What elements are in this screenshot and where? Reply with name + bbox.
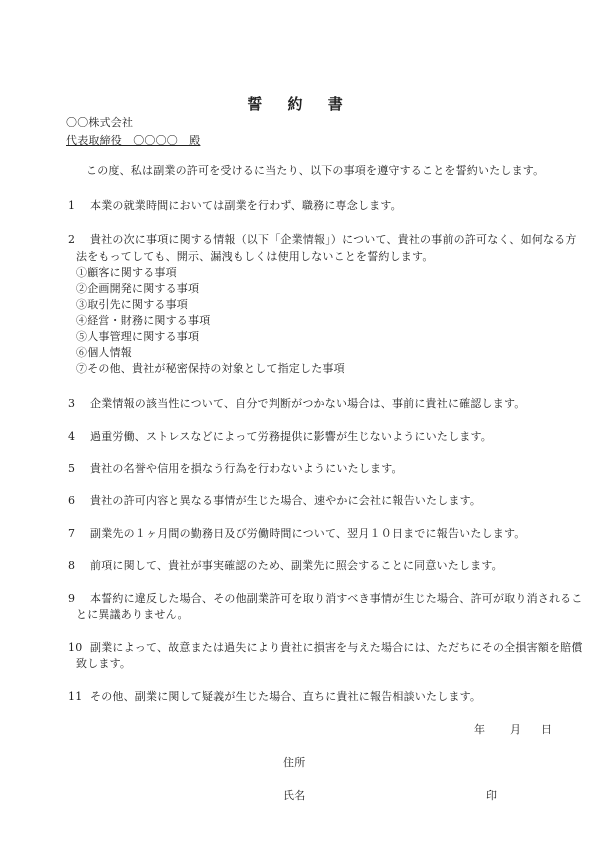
clause-number: 6 [68,494,90,508]
subitem-2: ②企画開発に関する事項 [76,282,199,296]
date-month-label: 月 [510,723,521,737]
clause-10-continuation: 致します。 [76,657,131,671]
clause-text: 貴社の名誉や信用を損なう行為を行わないようにいたします。 [90,462,403,475]
clause-2: 2貴社の次に事項に関する情報（以下「企業情報」）について、貴社の事前の許可なく、… [68,233,577,247]
clause-2-continuation: 法をもってしても、開示、漏洩もしくは使用しないことを誓約します。 [76,250,434,264]
clause-11: 11その他、副業に関して疑義が生じた場合、直ちに貴社に報告相談いたします。 [68,690,481,704]
seal-mark: 印 [486,789,497,803]
subitem-6: ⑥個人情報 [76,346,132,360]
subitem-7: ⑦その他、貴社が秘密保持の対象として指定した事項 [76,362,345,376]
clause-text: 本誓約に違反した場合、その他副業許可を取り消すべき事情が生じた場合、許可が取り消… [90,592,583,605]
clause-10: 10副業によって、故意または過失により貴社に損害を与えた場合には、ただちにその全… [68,641,583,655]
clause-text: 貴社の許可内容と異なる事情が生じた場合、速やかに会社に報告いたします。 [90,494,481,507]
clause-text: 副業先の１ヶ月間の勤務日及び労働時間について、翌月１０日までに報告いたします。 [90,527,525,540]
clause-9-continuation: とに異議ありません。 [76,608,189,622]
clause-text: その他、副業に関して疑義が生じた場合、直ちに貴社に報告相談いたします。 [90,690,481,703]
subitem-1: ①顧客に関する事項 [76,266,177,280]
clause-4: 4過重労働、ストレスなどによって労務提供に影響が生じないようにいたします。 [68,430,492,444]
clause-text: 前項に関して、貴社が事実確認のため、副業先に照会することに同意いたします。 [90,559,503,572]
clause-number: 3 [68,397,90,411]
clause-number: 10 [68,641,90,655]
clause-6: 6貴社の許可内容と異なる事情が生じた場合、速やかに会社に報告いたします。 [68,494,481,508]
clause-number: 7 [68,527,90,541]
clause-3: 3企業情報の該当性について、自分で判断がつかない場合は、事前に貴社に確認します。 [68,397,525,411]
addressee-representative: 代表取締役 〇〇〇〇 殿 [66,134,200,148]
clause-text: 本業の就業時間においては副業を行わず、職務に専念します。 [90,199,402,212]
date-year-label: 年 [474,723,485,737]
intro-text: この度、私は副業の許可を受けるに当たり、以下の事項を遵守することを誓約いたします… [86,164,544,178]
clause-number: 5 [68,462,90,476]
subitem-4: ④経営・財務に関する事項 [76,314,210,328]
clause-5: 5貴社の名誉や信用を損なう行為を行わないようにいたします。 [68,462,403,476]
clause-9: 9本誓約に違反した場合、その他副業許可を取り消すべき事情が生じた場合、許可が取り… [68,592,583,606]
clause-8: 8前項に関して、貴社が事実確認のため、副業先に照会することに同意いたします。 [68,559,503,573]
document-title: 誓 約 書 [0,93,600,114]
date-day-label: 日 [541,723,552,737]
clause-7: 7副業先の１ヶ月間の勤務日及び労働時間について、翌月１０日までに報告いたします。 [68,527,525,541]
address-label: 住所 [283,756,305,770]
addressee-company: 〇〇株式会社 [66,116,133,130]
clause-1: 1本業の就業時間においては副業を行わず、職務に専念します。 [68,199,402,213]
clause-text: 貴社の次に事項に関する情報（以下「企業情報」）について、貴社の事前の許可なく、如… [90,233,577,246]
document-page: 誓 約 書 〇〇株式会社 代表取締役 〇〇〇〇 殿 この度、私は副業の許可を受け… [0,0,600,849]
clause-text: 企業情報の該当性について、自分で判断がつかない場合は、事前に貴社に確認します。 [90,397,525,410]
name-label: 氏名 [283,789,305,803]
clause-number: 9 [68,592,90,606]
subitem-3: ③取引先に関する事項 [76,298,188,312]
subitem-5: ⑤人事管理に関する事項 [76,330,199,344]
clause-text: 過重労働、ストレスなどによって労務提供に影響が生じないようにいたします。 [90,430,492,443]
clause-number: 4 [68,430,90,444]
clause-number: 8 [68,559,90,573]
clause-text: 副業によって、故意または過失により貴社に損害を与えた場合には、ただちにその全損害… [90,641,583,654]
clause-number: 1 [68,199,90,213]
clause-number: 2 [68,233,90,247]
clause-number: 11 [68,690,90,704]
